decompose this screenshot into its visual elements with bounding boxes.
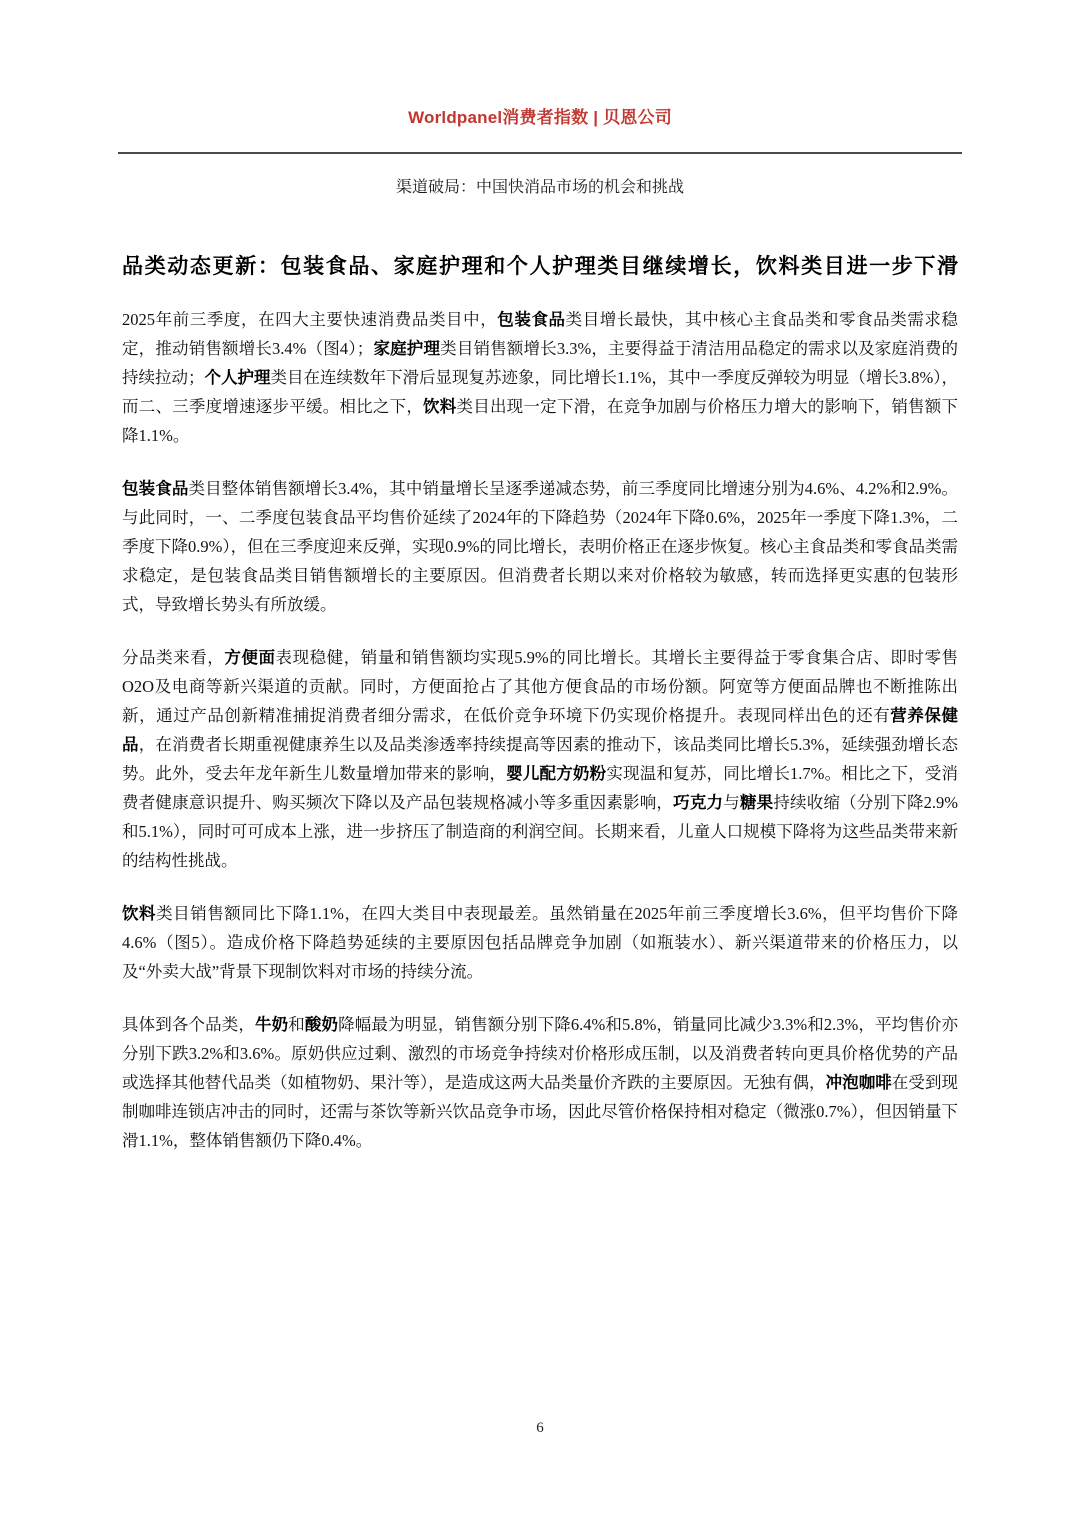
text-segment: 2025年前三季度，在四大主要快速消费品类目中， <box>122 310 497 329</box>
body-paragraph: 具体到各个品类，牛奶和酸奶降幅最为明显，销售额分别下降6.4%和5.8%，销量同… <box>122 1010 958 1155</box>
bold-term: 婴儿配方奶粉 <box>506 764 606 783</box>
bold-term: 糖果 <box>740 793 773 812</box>
report-brand-header: Worldpanel消费者指数 | 贝恩公司 <box>0 0 1080 128</box>
bold-term: 牛奶 <box>255 1015 288 1034</box>
text-segment: 类目整体销售额增长3.4%，其中销量增长呈逐季递减态势，前三季度同比增速分别为4… <box>122 479 958 614</box>
bold-term: 个人护理 <box>205 368 271 387</box>
bold-term: 巧克力 <box>673 793 723 812</box>
bold-term: 饮料 <box>423 397 456 416</box>
body-paragraph: 包装食品类目整体销售额增长3.4%，其中销量增长呈逐季递减态势，前三季度同比增速… <box>122 474 958 619</box>
bold-term: 包装食品 <box>122 479 189 498</box>
header-divider <box>118 152 962 154</box>
bold-term: 酸奶 <box>305 1015 338 1034</box>
bold-term: 家庭护理 <box>373 339 440 358</box>
bold-term: 包装食品 <box>497 310 565 329</box>
text-segment: 类目销售额同比下降1.1%，在四大类目中表现最差。虽然销量在2025年前三季度增… <box>122 904 958 981</box>
bold-term: 饮料 <box>122 904 156 923</box>
section-heading: 品类动态更新：包装食品、家庭护理和个人护理类目继续增长，饮料类目进一步下滑 <box>122 253 958 281</box>
text-segment: 与 <box>723 793 740 812</box>
page-number: 6 <box>0 1420 1080 1437</box>
body-paragraph: 分品类来看，方便面表现稳健，销量和销售额均实现5.9%的同比增长。其增长主要得益… <box>122 643 958 875</box>
article-body: 2025年前三季度，在四大主要快速消费品类目中，包装食品类目增长最快，其中核心主… <box>122 305 958 1155</box>
document-page: Worldpanel消费者指数 | 贝恩公司 渠道破局：中国快消品市场的机会和挑… <box>0 0 1080 1515</box>
body-paragraph: 2025年前三季度，在四大主要快速消费品类目中，包装食品类目增长最快，其中核心主… <box>122 305 958 450</box>
body-paragraph: 饮料类目销售额同比下降1.1%，在四大类目中表现最差。虽然销量在2025年前三季… <box>122 899 958 986</box>
text-segment: 具体到各个品类， <box>122 1015 255 1034</box>
text-segment: 和 <box>288 1015 305 1034</box>
text-segment: 分品类来看， <box>122 648 224 667</box>
bold-term: 冲泡咖啡 <box>826 1073 892 1092</box>
bold-term: 方便面 <box>224 648 275 667</box>
report-subtitle: 渠道破局：中国快消品市场的机会和挑战 <box>0 174 1080 197</box>
